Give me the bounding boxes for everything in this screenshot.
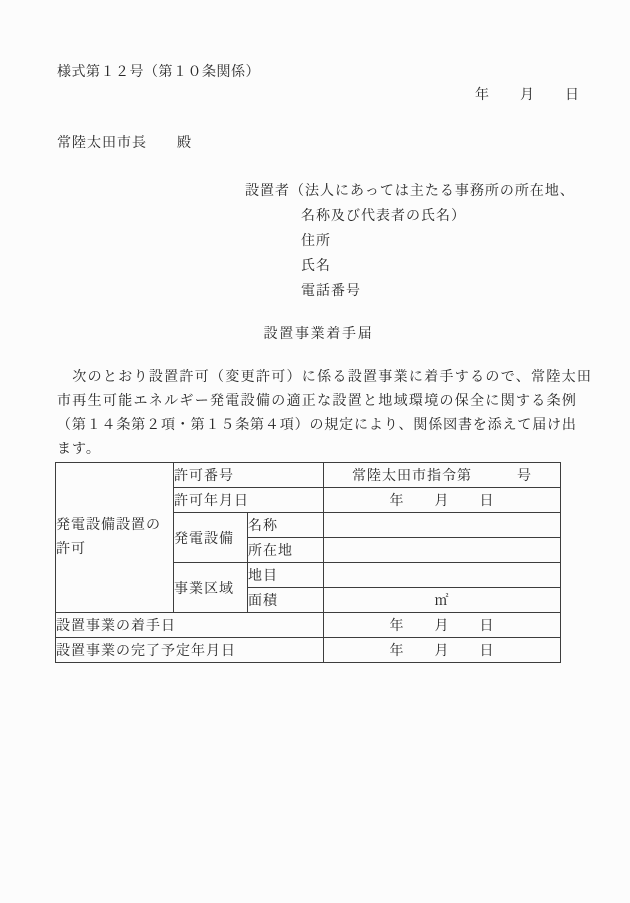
permit-table: 発電設備設置の許可 許可番号 常陸太田市指令第 号 許可年月日 年 月 日 発電…	[55, 462, 561, 663]
land-category-value-cell	[324, 563, 561, 588]
table-row: 発電設備設置の許可 許可番号 常陸太田市指令第 号	[56, 463, 561, 488]
land-area-unit-cell: ㎡	[324, 588, 561, 613]
addressee-line: 常陸太田市長 殿	[57, 134, 580, 154]
facility-name-label-cell: 名称	[248, 513, 324, 538]
permit-number-label-cell: 許可番号	[174, 463, 324, 488]
body-paragraph: 次のとおり設置許可（変更許可）に係る設置事業に着手するので、常陸太田 市再生可能…	[57, 366, 580, 462]
installer-block: 設置者（法人にあっては主たる事務所の所在地、 名称及び代表者の氏名） 住所 氏名…	[245, 179, 580, 304]
permit-date-value-cell: 年 月 日	[324, 488, 561, 513]
completion-date-label-cell: 設置事業の完了予定年月日	[56, 638, 324, 663]
start-date-label-cell: 設置事業の着手日	[56, 613, 324, 638]
document-page: 様式第１２号（第１０条関係） 年 月 日 常陸太田市長 殿 設置者（法人にあって…	[0, 0, 630, 903]
paragraph-line: ます。	[57, 438, 580, 462]
document-date-line: 年 月 日	[57, 86, 580, 106]
table-row: 設置事業の完了予定年月日 年 月 日	[56, 638, 561, 663]
form-number: 様式第１２号（第１０条関係）	[57, 63, 580, 83]
paragraph-line: 市再生可能エネルギー発電設備の適正な設置と地域環境の保全に関する条例	[57, 390, 580, 414]
permit-number-value-cell: 常陸太田市指令第 号	[324, 463, 561, 488]
installer-line-2: 名称及び代表者の氏名）	[301, 204, 580, 229]
installer-line-1: 設置者（法人にあっては主たる事務所の所在地、	[245, 179, 580, 204]
facility-location-label-cell: 所在地	[248, 538, 324, 563]
permit-section-label-cell: 発電設備設置の許可	[56, 463, 174, 613]
paragraph-line: 次のとおり設置許可（変更許可）に係る設置事業に着手するので、常陸太田	[57, 366, 580, 390]
facility-location-value-cell	[324, 538, 561, 563]
land-area-label-cell: 面積	[248, 588, 324, 613]
table-row: 設置事業の着手日 年 月 日	[56, 613, 561, 638]
installer-address-label: 住所	[301, 229, 580, 254]
installer-name-label: 氏名	[301, 254, 580, 279]
start-date-value-cell: 年 月 日	[324, 613, 561, 638]
project-area-group-label-cell: 事業区域	[174, 563, 248, 613]
paragraph-line: （第１４条第２項・第１５条第４項）の規定により、関係図書を添えて届け出	[57, 414, 580, 438]
facility-group-label-cell: 発電設備	[174, 513, 248, 563]
completion-date-value-cell: 年 月 日	[324, 638, 561, 663]
permit-date-label-cell: 許可年月日	[174, 488, 324, 513]
installer-phone-label: 電話番号	[301, 279, 580, 304]
facility-name-value-cell	[324, 513, 561, 538]
document-title: 設置事業着手届	[57, 325, 580, 345]
land-category-label-cell: 地目	[248, 563, 324, 588]
